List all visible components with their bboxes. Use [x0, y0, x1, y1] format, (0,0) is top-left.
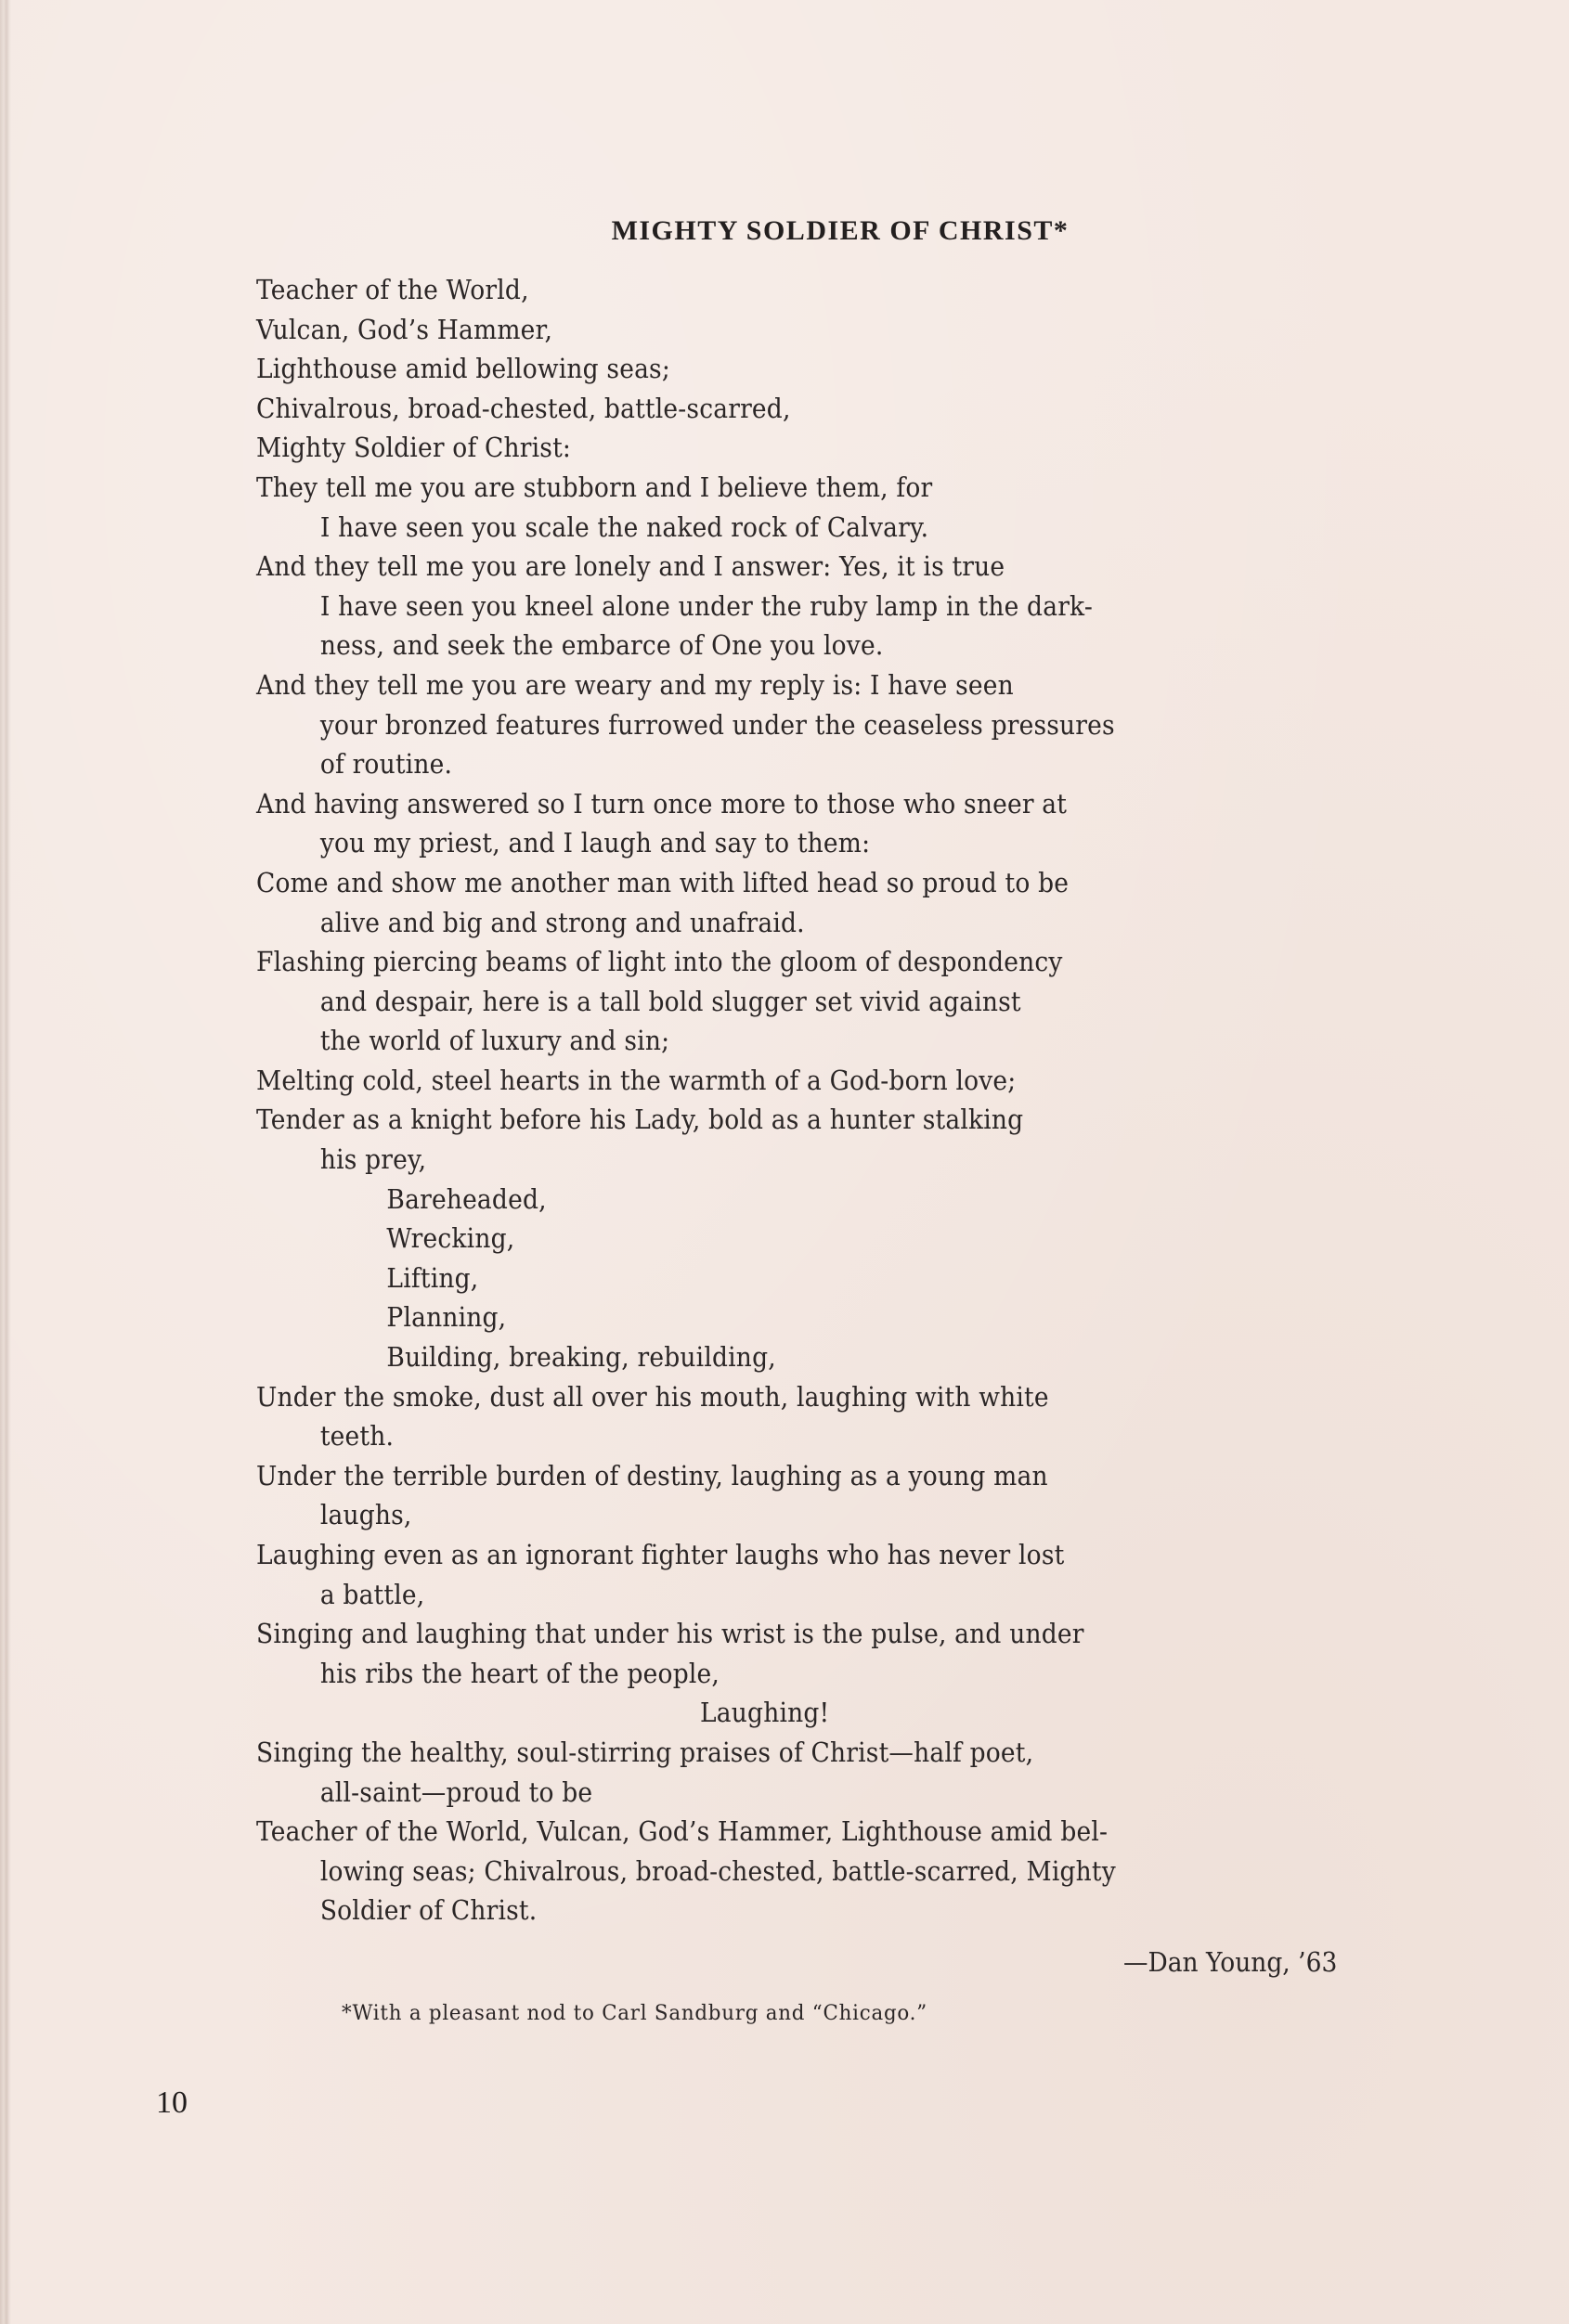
poem-line: Singing the healthy, soul-stirring prais… [256, 1734, 1344, 1774]
footnote: *With a pleasant nod to Carl Sandburg an… [342, 2001, 927, 2025]
poem-line: Melting cold, steel hearts in the warmth… [256, 1062, 1344, 1102]
poem-line: Singing and laughing that under his wris… [256, 1615, 1344, 1655]
poem-line-continuation: alive and big and strong and unafraid. [256, 904, 1344, 944]
poem-line: Vulcan, God’s Hammer, [256, 311, 1344, 351]
poem-line: Teacher of the World, [256, 271, 1344, 311]
poem-line: And they tell me you are lonely and I an… [256, 548, 1344, 587]
author-attribution: —Dan Young, ’63 [1123, 1947, 1337, 1978]
poem-line: Laughing even as an ignorant fighter lau… [256, 1536, 1344, 1576]
poem-line-continuation: his prey, [256, 1141, 1344, 1181]
poem-line: And having answered so I turn once more … [256, 785, 1344, 825]
poem-line-indented: Lifting, [256, 1259, 1344, 1299]
poem-line-continuation: his ribs the heart of the people, [256, 1655, 1344, 1695]
poem-line-continuation: ness, and seek the embarce of One you lo… [256, 626, 1344, 666]
poem-title: MIGHTY SOLDIER OF CHRIST* [0, 215, 1569, 247]
poem-line: Under the smoke, dust all over his mouth… [256, 1378, 1344, 1418]
poem-line-continuation: your bronzed features furrowed under the… [256, 706, 1344, 746]
poem-line-indented: Building, breaking, rebuilding, [256, 1338, 1344, 1378]
poem-line-centered: Laughing! [256, 1694, 1344, 1734]
poem-line-continuation: laughs, [256, 1496, 1344, 1536]
poem-line-continuation: teeth. [256, 1417, 1344, 1457]
poem-line: They tell me you are stubborn and I beli… [256, 469, 1344, 509]
poem-line-continuation: lowing seas; Chivalrous, broad-chested, … [256, 1853, 1344, 1892]
poem-line: Mighty Soldier of Christ: [256, 429, 1344, 469]
poem-line: And they tell me you are weary and my re… [256, 666, 1344, 706]
poem-line: Come and show me another man with lifted… [256, 864, 1344, 904]
page-number: 10 [156, 2085, 188, 2121]
poem-line-continuation: I have seen you scale the naked rock of … [256, 509, 1344, 549]
poem-line-indented: Planning, [256, 1298, 1344, 1338]
poem-line-continuation: and despair, here is a tall bold slugger… [256, 983, 1344, 1023]
poem-body: Teacher of the World, Vulcan, God’s Hamm… [256, 271, 1426, 1931]
poem-line-indented: Bareheaded, [256, 1181, 1344, 1220]
book-page-edge [0, 0, 11, 2324]
poem-line: Tender as a knight before his Lady, bold… [256, 1101, 1344, 1141]
poem-line-continuation: Soldier of Christ. [256, 1891, 1344, 1931]
poem-line-continuation: the world of luxury and sin; [256, 1022, 1344, 1062]
poem-line-continuation: all-saint—proud to be [256, 1774, 1344, 1814]
poem-line-continuation: a battle, [256, 1576, 1344, 1616]
poem-line-continuation: of routine. [256, 745, 1344, 785]
poem-line-continuation: you my priest, and I laugh and say to th… [256, 824, 1344, 864]
poem-line: Flashing piercing beams of light into th… [256, 943, 1344, 983]
poem-line: Chivalrous, broad-chested, battle-scarre… [256, 390, 1344, 430]
poem-line: Lighthouse amid bellowing seas; [256, 350, 1344, 390]
poem-line: Under the terrible burden of destiny, la… [256, 1457, 1344, 1497]
poem-line-indented: Wrecking, [256, 1220, 1344, 1259]
poem-line: Teacher of the World, Vulcan, God’s Hamm… [256, 1813, 1344, 1853]
poem-line-continuation: I have seen you kneel alone under the ru… [256, 587, 1344, 627]
